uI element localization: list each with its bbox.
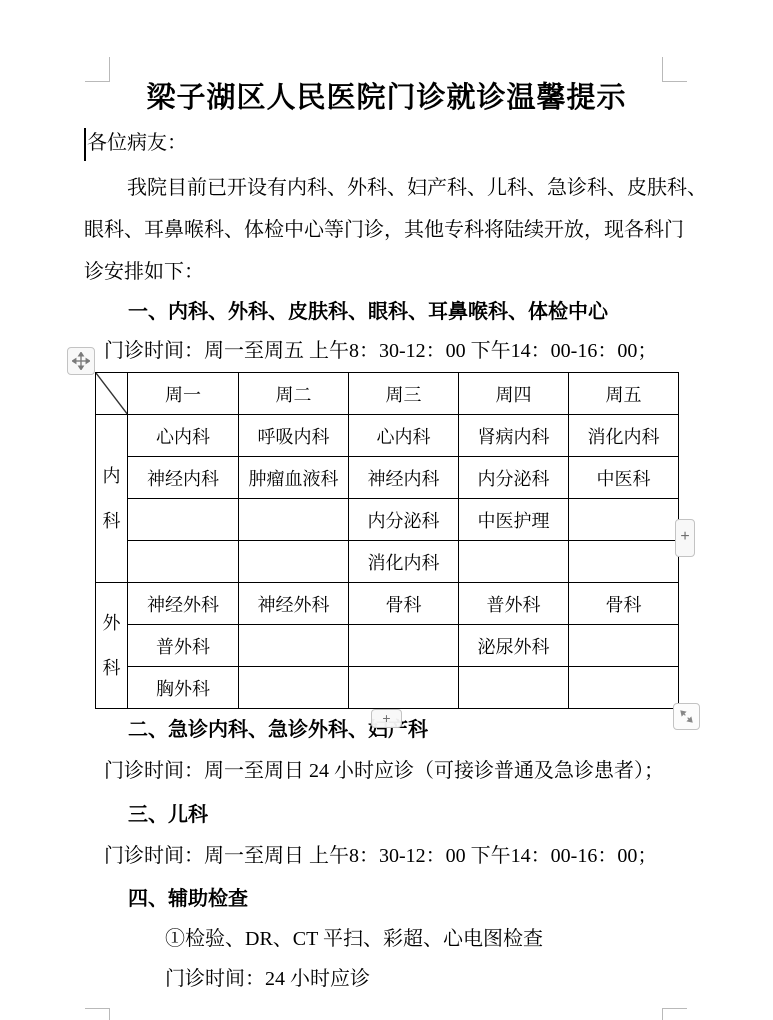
schedule-cell (349, 625, 459, 667)
schedule-cell: 消化内科 (349, 541, 459, 583)
add-row-button[interactable]: + (371, 709, 402, 728)
table-row: 内分泌科 中医护理 (96, 499, 679, 541)
schedule-cell: 普外科 (459, 583, 569, 625)
schedule-cell: 心内科 (128, 415, 239, 457)
section-3-hours: 门诊时间：周一至周日 上午8：30-12：00 下午14：00-16：00； (104, 845, 657, 868)
page-title: 梁子湖区人民医院门诊就诊温馨提示 (0, 83, 773, 115)
diagonal-header-cell (96, 373, 128, 415)
schedule-cell (349, 667, 459, 709)
schedule-cell (569, 667, 679, 709)
margin-mark-top-left (85, 57, 110, 82)
schedule-cell (128, 499, 239, 541)
schedule-cell (569, 625, 679, 667)
margin-mark-bottom-right (662, 1008, 687, 1020)
schedule-cell: 神经内科 (349, 457, 459, 499)
group-label-surgery: 外科 (96, 583, 128, 709)
intro-line: 我院目前已开设有内科、外科、妇产科、儿科、急诊科、皮肤科、 (127, 177, 707, 200)
schedule-cell: 内分泌科 (349, 499, 459, 541)
day-header: 周三 (349, 373, 459, 415)
diagonal-line-icon (96, 373, 128, 415)
table-header-row: 周一 周二 周三 周四 周五 (96, 373, 679, 415)
table-row: 消化内科 (96, 541, 679, 583)
document-page[interactable]: 梁子湖区人民医院门诊就诊温馨提示 各位病友： 我院目前已开设有内科、外科、妇产科… (0, 0, 773, 1020)
schedule-cell (239, 499, 349, 541)
resize-diagonal-icon (679, 709, 694, 724)
day-header: 周五 (569, 373, 679, 415)
schedule-cell: 骨科 (569, 583, 679, 625)
margin-mark-bottom-left (85, 1008, 110, 1020)
table-resize-handle[interactable] (673, 703, 700, 730)
table-row: 内科 心内科 呼吸内科 心内科 肾病内科 消化内科 (96, 415, 679, 457)
schedule-cell: 肾病内科 (459, 415, 569, 457)
day-header: 周一 (128, 373, 239, 415)
table-row: 普外科 泌尿外科 (96, 625, 679, 667)
plus-icon: + (382, 711, 390, 725)
schedule-cell: 神经外科 (128, 583, 239, 625)
schedule-cell: 神经内科 (128, 457, 239, 499)
plus-icon: + (680, 529, 689, 545)
schedule-cell (128, 541, 239, 583)
schedule-cell: 肿瘤血液科 (239, 457, 349, 499)
schedule-cell (239, 625, 349, 667)
section-2-hours: 门诊时间：周一至周日 24 小时应诊（可接诊普通及急诊患者）； (104, 760, 664, 783)
schedule-cell (239, 667, 349, 709)
schedule-cell: 骨科 (349, 583, 459, 625)
margin-mark-top-right (662, 57, 687, 82)
schedule-cell: 中医科 (569, 457, 679, 499)
table-row: 神经内科 肿瘤血液科 神经内科 内分泌科 中医科 (96, 457, 679, 499)
schedule-cell: 消化内科 (569, 415, 679, 457)
day-header: 周四 (459, 373, 569, 415)
intro-line: 眼科、耳鼻喉科、体检中心等门诊，其他专科将陆续开放，现各科门 (84, 219, 684, 242)
schedule-table[interactable]: 周一 周二 周三 周四 周五 内科 心内科 呼吸内科 心内科 肾病内科 消化内科… (95, 372, 679, 709)
section-1-hours: 门诊时间：周一至周五 上午8：30-12：00 下午14：00-16：00； (104, 340, 657, 363)
group-label-internal-medicine: 内科 (96, 415, 128, 583)
schedule-cell (239, 541, 349, 583)
section-4-items: ①检验、DR、CT 平扫、彩超、心电图检查 (165, 928, 543, 951)
schedule-cell (459, 667, 569, 709)
day-header: 周二 (239, 373, 349, 415)
salutation-text: 各位病友： (87, 132, 187, 155)
text-cursor (84, 128, 86, 161)
add-column-button[interactable]: + (675, 519, 695, 557)
section-4-heading: 四、辅助检查 (128, 888, 248, 911)
intro-line: 诊安排如下： (84, 261, 204, 284)
table-row: 外科 神经外科 神经外科 骨科 普外科 骨科 (96, 583, 679, 625)
table-move-handle[interactable] (67, 347, 95, 375)
section-4-hours: 门诊时间：24 小时应诊 (165, 968, 370, 991)
table-row: 胸外科 (96, 667, 679, 709)
schedule-cell (569, 541, 679, 583)
schedule-cell: 呼吸内科 (239, 415, 349, 457)
schedule-cell: 中医护理 (459, 499, 569, 541)
schedule-cell (569, 499, 679, 541)
schedule-cell: 心内科 (349, 415, 459, 457)
schedule-cell: 泌尿外科 (459, 625, 569, 667)
schedule-cell: 神经外科 (239, 583, 349, 625)
schedule-cell: 普外科 (128, 625, 239, 667)
schedule-cell: 内分泌科 (459, 457, 569, 499)
schedule-cell (459, 541, 569, 583)
schedule-cell: 胸外科 (128, 667, 239, 709)
move-icon (72, 352, 90, 370)
section-3-heading: 三、儿科 (128, 804, 208, 827)
section-1-heading: 一、内科、外科、皮肤科、眼科、耳鼻喉科、体检中心 (128, 301, 608, 324)
